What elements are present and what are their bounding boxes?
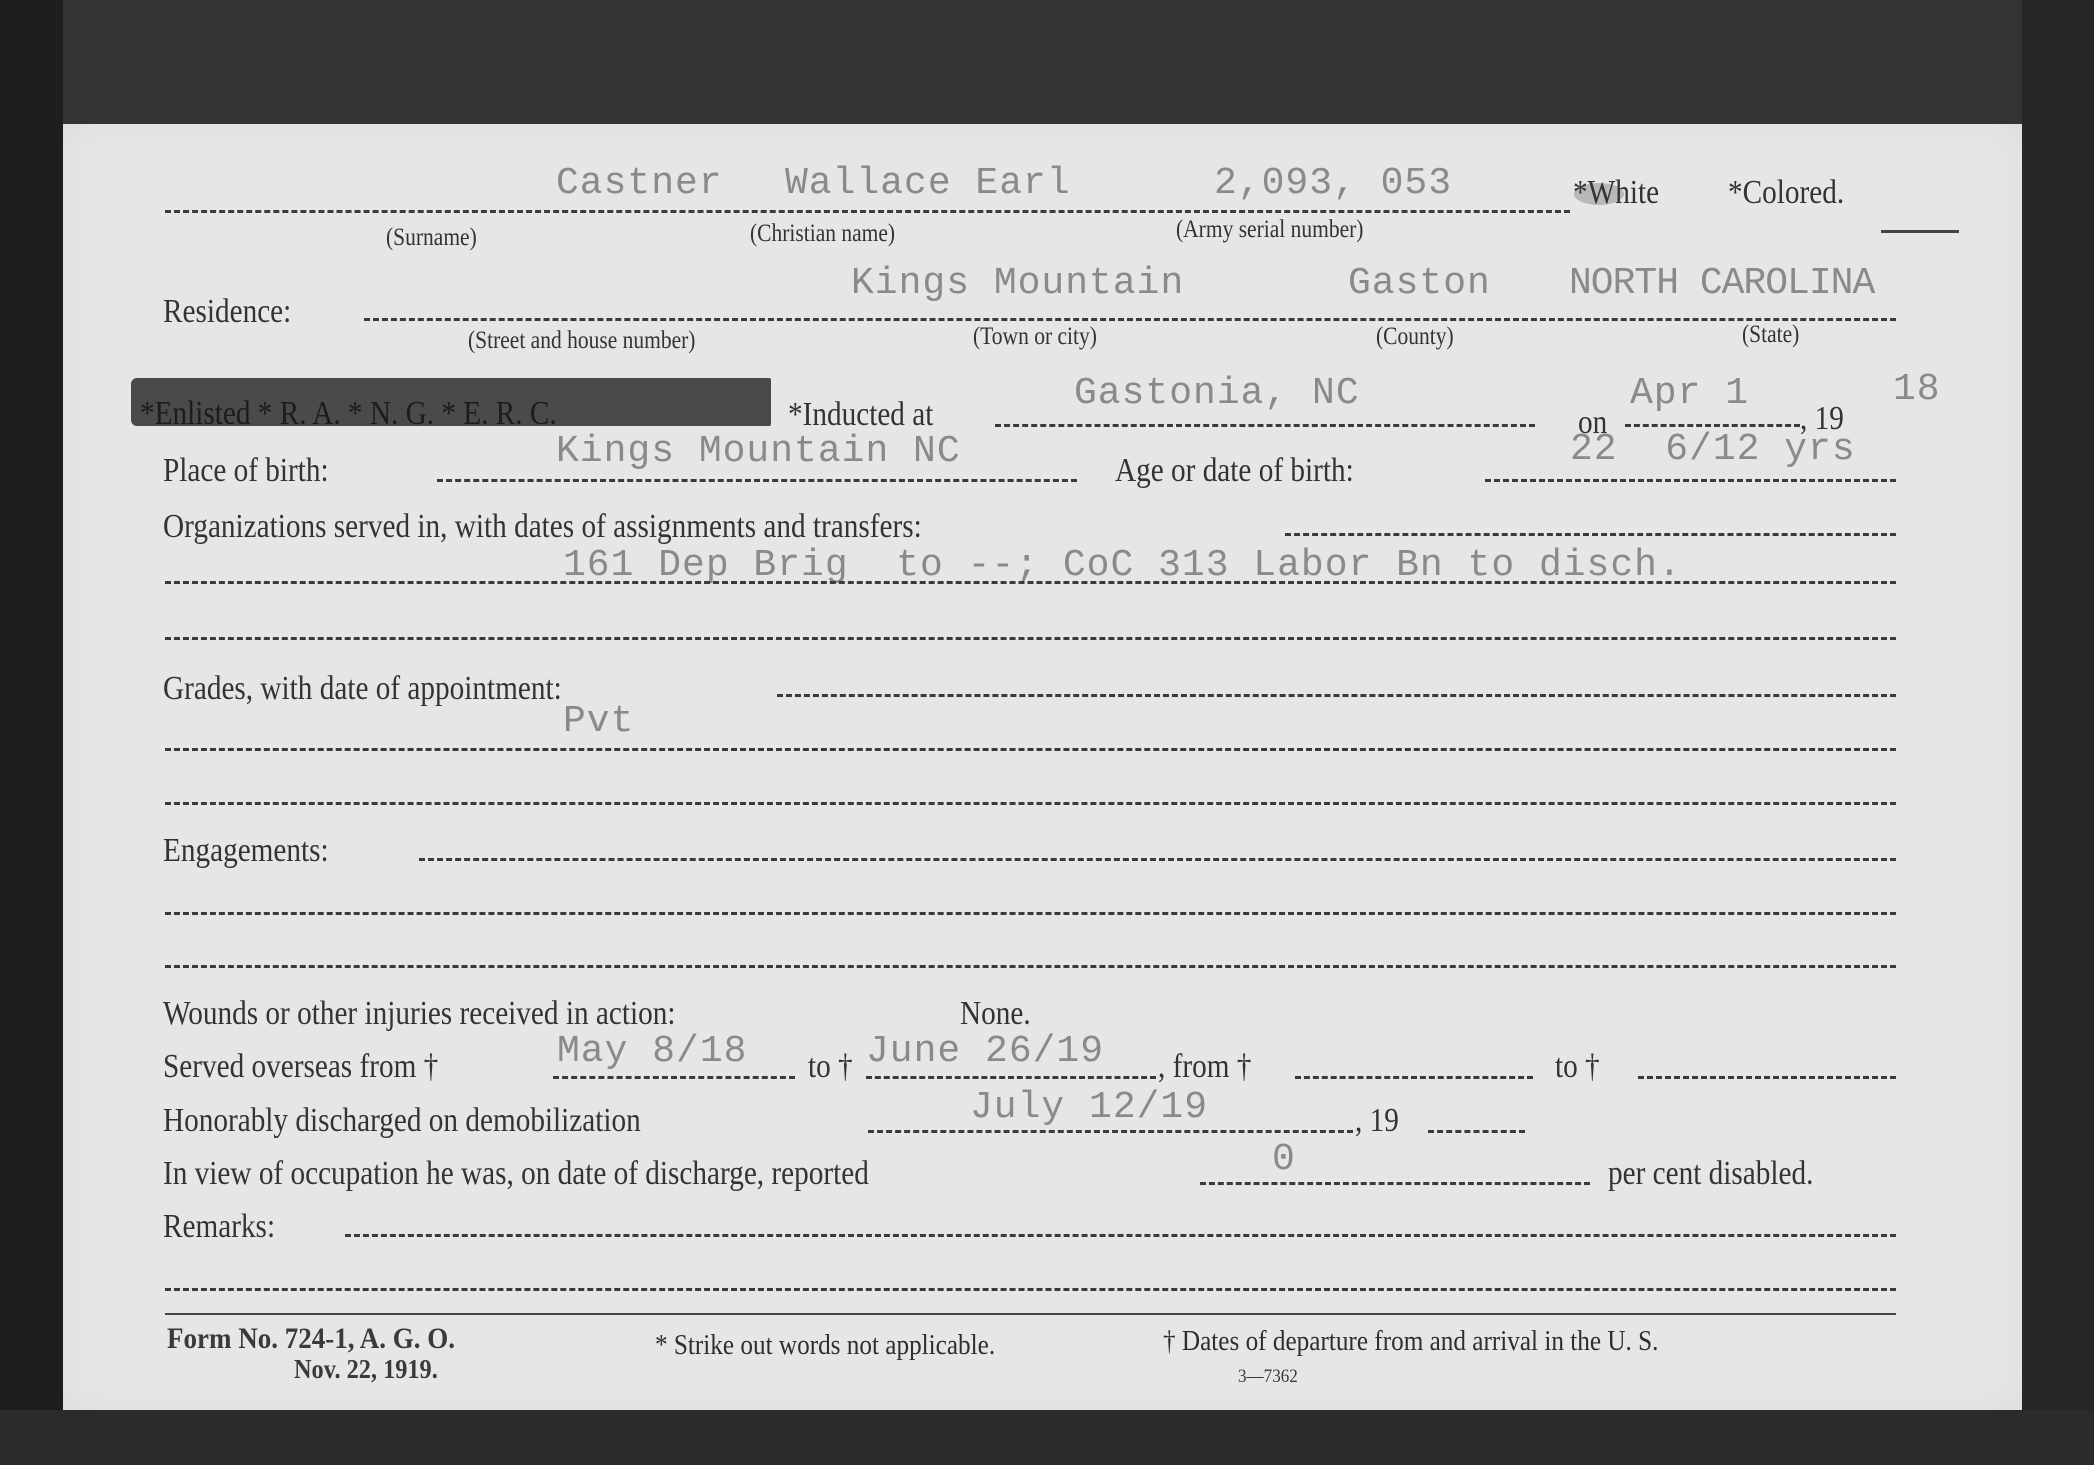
race-option-colored: *Colored. — [1728, 174, 1844, 212]
state-caption: (State) — [1742, 321, 1799, 349]
inducted-at-line — [995, 424, 1535, 427]
residence-town-value: Kings Mountain — [851, 262, 1184, 305]
age-value: 22 6/12 yrs — [1570, 428, 1856, 471]
inducted-at-label: *Inducted at — [788, 396, 933, 434]
grades-line-0 — [777, 694, 1896, 697]
wounds-label: Wounds or other injuries received in act… — [163, 995, 675, 1033]
grades-line-2 — [165, 802, 1896, 805]
scan-background-bottom — [0, 1410, 2094, 1465]
dagger-note: † Dates of departure from and arrival in… — [1163, 1326, 1658, 1358]
form-number: Form No. 724-1, A. G. O. — [167, 1322, 455, 1356]
place-of-birth-label: Place of birth: — [163, 452, 329, 490]
grades-value: Pvt — [563, 700, 634, 743]
remarks-line-0 — [345, 1234, 1896, 1237]
residence-line — [364, 318, 1896, 321]
grades-label: Grades, with date of appointment: — [163, 670, 562, 708]
overseas-departure-value: May 8/18 — [557, 1030, 747, 1073]
engagements-line-0 — [419, 858, 1896, 861]
overseas-arrival-line — [866, 1076, 1156, 1079]
organizations-line-0 — [1285, 533, 1896, 536]
organizations-label: Organizations served in, with dates of a… — [163, 508, 922, 546]
discharge-label: Honorably discharged on demobilization — [163, 1102, 641, 1140]
county-caption: (County) — [1376, 323, 1454, 351]
form-date: Nov. 22, 1919. — [294, 1354, 438, 1385]
overseas-to-label-2: to † — [1555, 1048, 1600, 1086]
race-option-white: *White — [1573, 174, 1659, 212]
overseas-from-label-2: , from † — [1158, 1048, 1251, 1086]
name-line — [165, 210, 1570, 213]
scan-background-left — [0, 0, 63, 1465]
place-of-birth-line — [437, 479, 1077, 482]
inducted-at-value: Gastonia, NC — [1074, 372, 1360, 415]
service-record-card — [63, 124, 2022, 1410]
overseas-arrival-line-2 — [1638, 1076, 1896, 1079]
disability-percent-value: 0 — [1272, 1138, 1296, 1181]
organizations-line-2 — [165, 637, 1896, 640]
disability-line — [1200, 1182, 1590, 1185]
discharge-date-line — [868, 1130, 1353, 1133]
wounds-value: None. — [960, 995, 1031, 1033]
overseas-departure-line — [553, 1076, 795, 1079]
residence-label: Residence: — [163, 293, 291, 331]
induction-date-value: Apr 1 — [1630, 372, 1749, 415]
overseas-arrival-value: June 26/19 — [866, 1030, 1104, 1073]
place-of-birth-value: Kings Mountain NC — [556, 430, 961, 473]
card-number-bar — [1881, 230, 1959, 233]
print-code: 3—7362 — [1238, 1366, 1298, 1388]
remarks-line-1 — [165, 1288, 1896, 1291]
engagements-line-2 — [165, 965, 1896, 968]
overseas-departure-line-2 — [1295, 1076, 1533, 1079]
disability-suffix: per cent disabled. — [1608, 1155, 1813, 1193]
residence-county-value: Gaston — [1348, 262, 1491, 305]
strike-out-note: * Strike out words not applicable. — [655, 1330, 995, 1362]
surname-caption: (Surname) — [386, 224, 477, 252]
overseas-to-label: to † — [808, 1048, 853, 1086]
discharge-date-value: July 12/19 — [970, 1086, 1208, 1129]
struck-enlistment-options: *Enlisted * R. A. * N. G. * E. R. C. — [140, 395, 557, 433]
induction-date-line — [1625, 424, 1800, 427]
age-line — [1485, 479, 1896, 482]
induction-year-value: 18 — [1893, 368, 1941, 411]
age-label: Age or date of birth: — [1115, 452, 1354, 490]
scan-background-right — [2022, 0, 2094, 1465]
served-overseas-label: Served overseas from † — [163, 1048, 438, 1086]
disability-label: In view of occupation he was, on date of… — [163, 1155, 869, 1193]
serial-number-value: 2,093, 053 — [1214, 162, 1452, 205]
engagements-line-1 — [165, 912, 1896, 915]
organizations-line-1 — [165, 581, 1896, 584]
residence-state-value: NORTH CAROLINA — [1569, 262, 1874, 305]
christian-name-value: Wallace Earl — [785, 162, 1071, 205]
surname-value: Castner — [556, 162, 723, 205]
grades-line-1 — [165, 748, 1896, 751]
footer-rule — [165, 1313, 1896, 1315]
christian-name-caption: (Christian name) — [750, 220, 895, 248]
engagements-label: Engagements: — [163, 832, 329, 870]
town-caption: (Town or city) — [973, 323, 1097, 351]
serial-number-caption: (Army serial number) — [1176, 216, 1363, 244]
discharge-year-line — [1428, 1130, 1525, 1133]
street-caption: (Street and house number) — [468, 327, 695, 355]
remarks-label: Remarks: — [163, 1208, 275, 1246]
discharge-year-prefix: , 19 — [1355, 1102, 1399, 1140]
